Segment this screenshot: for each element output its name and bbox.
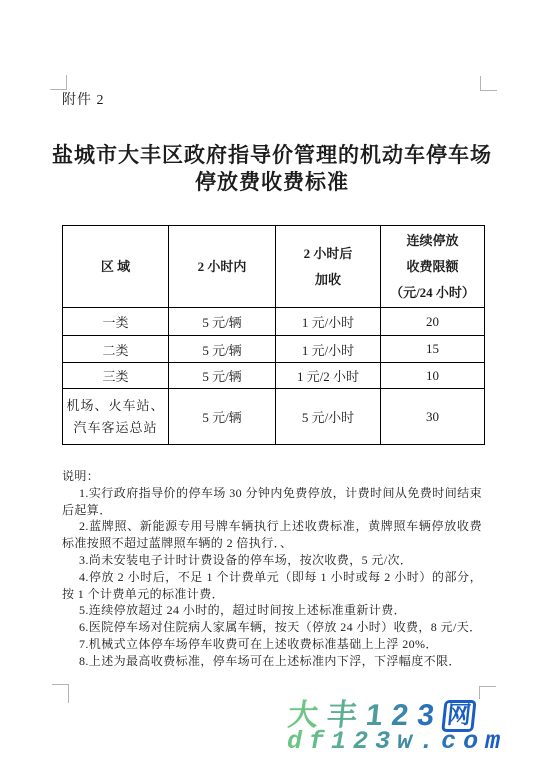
note-item-5: 5.连续停放超过 24 小时的，超过时间按上述标准重新计费．	[62, 602, 482, 619]
attachment-label: 附件 2	[62, 89, 105, 109]
watermark-char: 1	[331, 727, 353, 756]
note-item-4: 4.停放 2 小时后，不足 1 个计费单元（即每 1 小时或每 2 小时）的部分…	[62, 569, 482, 603]
note-item-8: 8.上述为最高收费标准，停车场可在上述标准内下浮，下浮幅度不限．	[62, 653, 482, 670]
watermark-char: .	[419, 727, 441, 756]
note-item-6: 6.医院停车场对住院病人家属车辆，按天（停放 24 小时）收费，8 元/天．	[62, 619, 482, 636]
note-item-1: 1.实行政府指导价的停车场 30 分钟内免费停放，计费时间从免费时间结束后起算．	[62, 485, 482, 519]
cell-daily-cap: 15	[381, 336, 485, 363]
header-daily-cap: 连续停放 收费限额 （元/24 小时）	[381, 226, 485, 308]
notes-section: 说明： 1.实行政府指导价的停车场 30 分钟内免费停放，计费时间从免费时间结束…	[62, 468, 482, 670]
note-item-3: 3.尚未安装电子计时计费设备的停车场，按次收费，5 元/次．	[62, 552, 482, 569]
cell-within-2h: 5 元/辆	[169, 336, 276, 363]
cell-region: 二类	[63, 336, 169, 363]
margin-mark-top-right-icon	[480, 76, 497, 91]
page-title-line2: 停放费收费标准	[52, 169, 492, 196]
margin-mark-bottom-right-icon	[479, 686, 496, 699]
table-header-row: 区 域 2 小时内 2 小时后 加收 连续停放 收费限额 （元/24 小时）	[63, 226, 485, 308]
notes-label: 说明：	[62, 468, 482, 485]
cell-after-2h: 1 元/2 小时	[276, 363, 381, 389]
cell-after-2h: 1 元/小时	[276, 308, 381, 336]
cell-within-2h: 5 元/辆	[169, 363, 276, 389]
note-item-7: 7.机械式立体停车场停车收费可在上述收费标准基础上上浮 20%．	[62, 636, 482, 653]
cell-daily-cap: 10	[381, 363, 485, 389]
watermark-char: o	[463, 727, 485, 756]
document-page: 附件 2 盐城市大丰区政府指导价管理的机动车停车场 停放费收费标准 区 域 2 …	[0, 0, 544, 773]
cell-after-2h: 5 元/小时	[276, 389, 381, 445]
cell-within-2h: 5 元/辆	[169, 308, 276, 336]
parking-fee-table: 区 域 2 小时内 2 小时后 加收 连续停放 收费限额 （元/24 小时） 一…	[62, 225, 485, 445]
table-row: 机场、火车站、汽车客运总站 5 元/辆 5 元/小时 30	[63, 389, 485, 445]
page-title: 盐城市大丰区政府指导价管理的机动车停车场 停放费收费标准	[52, 142, 492, 196]
cell-region: 机场、火车站、汽车客运总站	[63, 389, 169, 445]
header-within-2h: 2 小时内	[169, 226, 276, 308]
cell-region: 一类	[63, 308, 169, 336]
table-row: 三类 5 元/辆 1 元/2 小时 10	[63, 363, 485, 389]
watermark-char: w	[397, 727, 419, 756]
margin-mark-top-left-icon	[50, 75, 67, 90]
watermark-char: 2	[353, 727, 375, 756]
watermark-char: f	[309, 727, 331, 756]
note-item-2: 2.蓝牌照、新能源专用号牌车辆执行上述收费标准，黄牌照车辆停放收费标准按照不超过…	[62, 518, 482, 552]
watermark-char: m	[485, 727, 507, 756]
cell-daily-cap: 20	[381, 308, 485, 336]
margin-mark-bottom-left-icon	[52, 684, 69, 703]
watermark-site-url: df123w.com	[287, 727, 507, 756]
cell-region: 三类	[63, 363, 169, 389]
table-row: 二类 5 元/辆 1 元/小时 15	[63, 336, 485, 363]
cell-daily-cap: 30	[381, 389, 485, 445]
cell-within-2h: 5 元/辆	[169, 389, 276, 445]
header-region: 区 域	[63, 226, 169, 308]
watermark-char: 3	[375, 727, 397, 756]
watermark-char: d	[287, 727, 309, 756]
cell-after-2h: 1 元/小时	[276, 336, 381, 363]
table-row: 一类 5 元/辆 1 元/小时 20	[63, 308, 485, 336]
watermark-char: c	[441, 727, 463, 756]
page-title-line1: 盐城市大丰区政府指导价管理的机动车停车场	[52, 142, 492, 169]
header-after-2h: 2 小时后 加收	[276, 226, 381, 308]
